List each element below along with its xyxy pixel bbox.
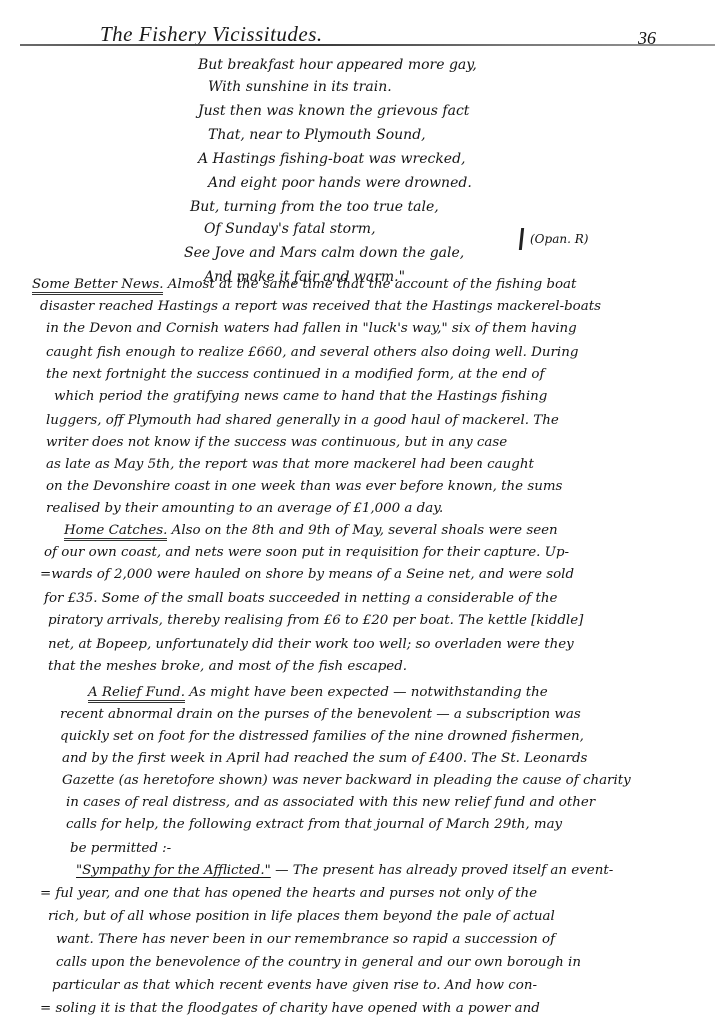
section-heading: "Sympathy for the Afflicted." <box>76 863 271 878</box>
verse-line: With sunshine in its train. <box>208 74 392 101</box>
verse-line: Of Sunday's fatal storm, <box>204 216 376 243</box>
paragraph-line: =wards of 2,000 were hauled on shore by … <box>40 562 574 589</box>
verse-line: A Hastings fishing-boat was wrecked, <box>198 146 466 173</box>
section-heading: A Relief Fund. <box>88 685 185 703</box>
paragraph-line: which period the gratifying news came to… <box>54 384 547 411</box>
paragraph-line: piratory arrivals, thereby realising fro… <box>48 608 583 635</box>
paragraph-line: Also on the 8th and 9th of May, several … <box>172 523 558 538</box>
paragraph-line: calls for help, the following extract fr… <box>66 812 562 839</box>
paragraph-line: that the meshes broke, and most of the f… <box>48 654 407 681</box>
verse-line: And eight poor hands were drowned. <box>208 170 472 197</box>
section-heading: Some Better News. <box>32 277 163 295</box>
paragraph-line: As might have been expected — notwithsta… <box>189 685 547 700</box>
verse-line: Just then was known the grievous fact <box>198 98 469 125</box>
paragraph-line: in the Devon and Cornish waters had fall… <box>46 316 577 343</box>
header-rule <box>20 44 715 46</box>
verse-line: See Jove and Mars calm down the gale, <box>184 240 464 267</box>
verse-line: That, near to Plymouth Sound, <box>208 122 426 149</box>
section-heading: Home Catches. <box>64 523 167 541</box>
paragraph-line: — The present has already proved itself … <box>275 863 613 878</box>
margin-bracket-mark <box>519 228 524 250</box>
manuscript-page: The Fishery Vicissitudes. 36 But breakfa… <box>0 0 715 1024</box>
marginal-note: (Opan. R) <box>530 232 588 246</box>
paragraph-line: = soling it is that the floodgates of ch… <box>40 996 540 1023</box>
paragraph-line: Almost at the same time that the account… <box>168 277 577 292</box>
